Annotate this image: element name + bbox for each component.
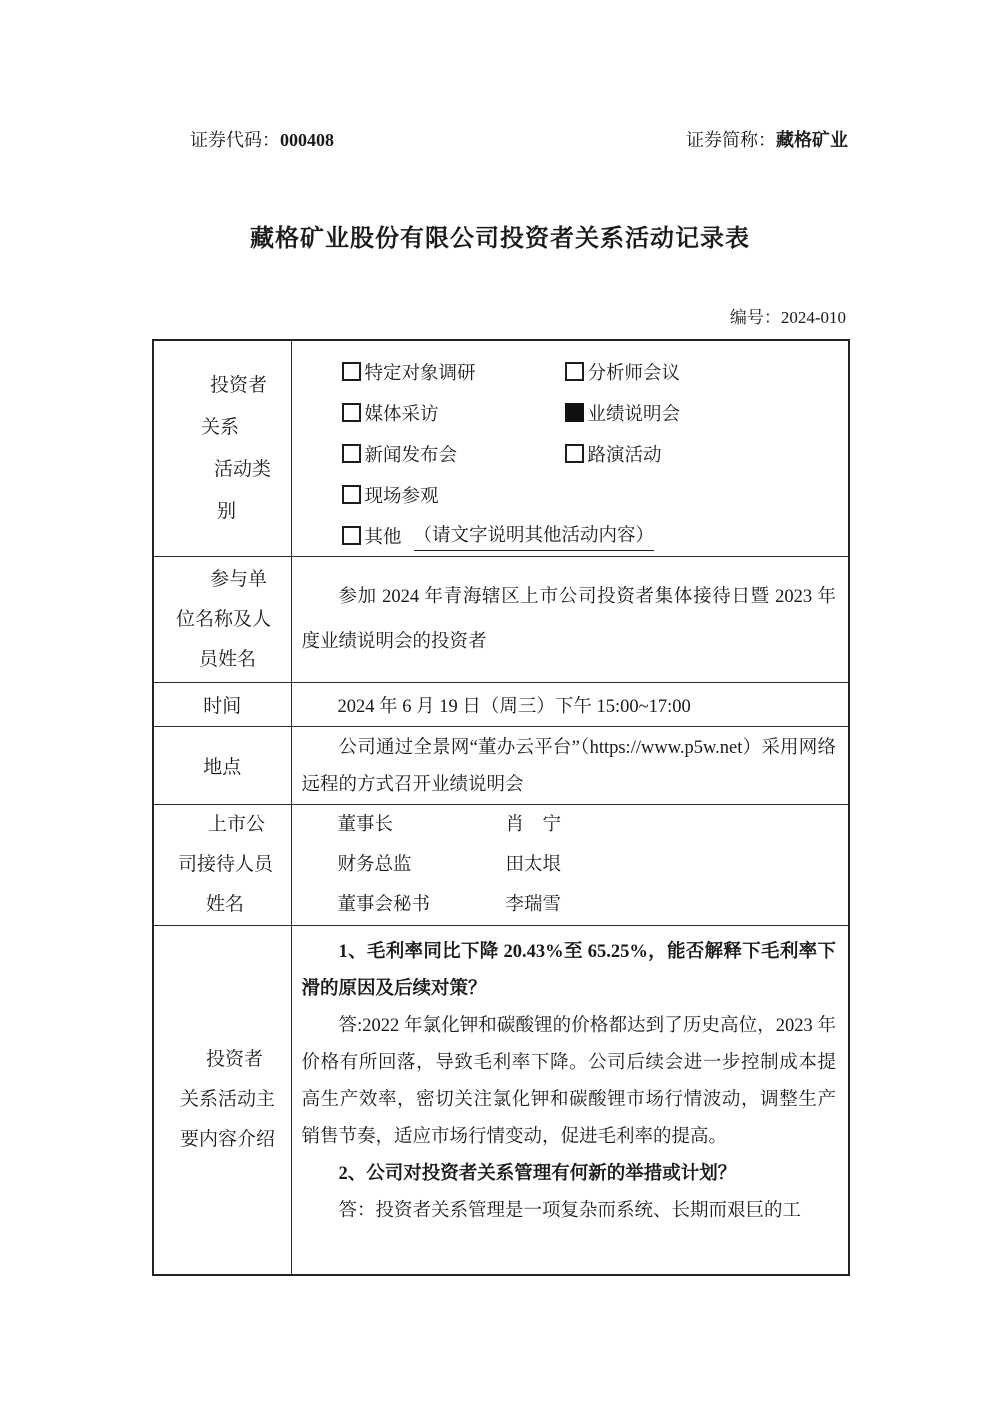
activity-type-row: 投资者 关系 活动类 别 特定对象调研 分析师会议 媒体采访 业绩说明会 [153,340,849,557]
stock-code-label: 证券代码： [190,130,280,150]
option-label: 新闻发布会 [365,441,458,467]
option-label: 特定对象调研 [365,359,476,385]
hosts-content: 董事长肖 宁 财务总监田太垠 董事会秘书李瑞雪 [291,805,849,926]
stock-code: 证券代码：000408 [190,128,334,152]
label-line: 员姓名 [154,640,291,680]
checkbox-line: 新闻发布会 路演活动 [342,433,849,474]
record-table: 投资者 关系 活动类 别 特定对象调研 分析师会议 媒体采访 业绩说明会 [152,339,850,1276]
label-line: 投资者 [154,1040,291,1080]
checkbox-option-press-conference[interactable]: 新闻发布会 [342,441,565,467]
checkbox-icon[interactable] [342,403,361,422]
location-content: 公司通过全景网“董办云平台”（https://www.p5w.net）采用网络远… [291,727,849,805]
participants-row: 参与单 位名称及人 员姓名 参加 2024 年青海辖区上市公司投资者集体接待日暨… [153,557,849,683]
participants-label: 参与单 位名称及人 员姓名 [153,557,291,683]
option-label: 分析师会议 [588,359,681,385]
time-content: 2024 年 6 月 19 日（周三）下午 15:00~17:00 [291,683,849,727]
location-row: 地点 公司通过全景网“董办云平台”（https://www.p5w.net）采用… [153,727,849,805]
host-role: 董事会秘书 [338,885,506,925]
host-name: 肖 宁 [506,815,562,835]
document-title: 藏格矿业股份有限公司投资者关系活动记录表 [152,218,848,253]
host-role: 财务总监 [338,845,506,885]
option-label: 现场参观 [365,482,439,508]
activity-type-options: 特定对象调研 分析师会议 媒体采访 业绩说明会 新闻发布会 路演活动 现场参 [291,340,849,557]
stock-abbr-label: 证券简称： [686,130,776,150]
participants-content: 参加 2024 年青海辖区上市公司投资者集体接待日暨 2023 年度业绩说明会的… [291,557,849,683]
host-row: 董事会秘书李瑞雪 [338,885,849,925]
question-1: 1、毛利率同比下降 20.43%至 65.25%，能否解释下毛利率下滑的原因及后… [302,934,837,1008]
host-name: 田太垠 [506,855,562,875]
time-row: 时间 2024 年 6 月 19 日（周三）下午 15:00~17:00 [153,683,849,727]
activity-type-label: 投资者 关系 活动类 别 [153,340,291,557]
option-label: 媒体采访 [365,400,439,426]
option-label: 其他 [365,523,402,549]
checkbox-icon[interactable] [342,444,361,463]
document-page: 证券代码：000408 证券简称：藏格矿业 藏格矿业股份有限公司投资者关系活动记… [0,0,1000,1414]
doc-number-label: 编号： [730,308,781,327]
checkbox-icon[interactable] [342,485,361,504]
host-role: 董事长 [338,805,506,845]
checkbox-option-earnings-briefing[interactable]: 业绩说明会 [565,400,681,426]
option-label: 路演活动 [588,441,662,467]
checkbox-line: 其他 （请文字说明其他活动内容） [342,515,849,556]
label-line: 关系 [154,407,291,449]
stock-abbr: 证券简称：藏格矿业 [686,128,848,152]
checkbox-option-special-object-research[interactable]: 特定对象调研 [342,359,565,385]
stock-code-value: 000408 [280,130,334,150]
other-note-underline: （请文字说明其他活动内容） [414,521,655,551]
checkbox-icon[interactable] [342,362,361,381]
checkbox-icon[interactable] [565,362,584,381]
header-row: 证券代码：000408 证券简称：藏格矿业 [152,128,848,152]
option-label: 业绩说明会 [588,400,681,426]
participants-text: 参加 2024 年青海辖区上市公司投资者集体接待日暨 2023 年度业绩说明会的… [302,575,837,665]
checkbox-checked-icon[interactable] [565,403,584,422]
checkbox-icon[interactable] [342,526,361,545]
hosts-label: 上市公 司接待人员 姓名 [153,805,291,926]
qa-row: 投资者 关系活动主 要内容介绍 1、毛利率同比下降 20.43%至 65.25%… [153,926,849,1275]
location-text: 公司通过全景网“董办云平台”（https://www.p5w.net）采用网络远… [302,730,837,804]
qa-content: 1、毛利率同比下降 20.43%至 65.25%，能否解释下毛利率下滑的原因及后… [291,926,849,1275]
checkbox-line: 特定对象调研 分析师会议 [342,351,849,392]
label-line: 上市公 [154,805,291,845]
doc-number: 编号：2024-010 [152,303,848,328]
checkbox-line: 现场参观 [342,474,849,515]
label-line: 别 [154,491,291,533]
label-line: 司接待人员 [154,845,291,885]
checkbox-option-roadshow[interactable]: 路演活动 [565,441,662,467]
location-label: 地点 [153,727,291,805]
host-name: 李瑞雪 [506,895,562,915]
host-row: 董事长肖 宁 [338,805,849,845]
time-label: 时间 [153,683,291,727]
label-line: 关系活动主 [154,1080,291,1120]
qa-label: 投资者 关系活动主 要内容介绍 [153,926,291,1275]
doc-number-value: 2024-010 [781,308,846,327]
answer-2: 答：投资者关系管理是一项复杂而系统、长期而艰巨的工 [302,1193,837,1230]
label-line: 参与单 [154,560,291,600]
checkbox-option-analyst-meeting[interactable]: 分析师会议 [565,359,681,385]
question-2: 2、公司对投资者关系管理有何新的举措或计划？ [302,1156,837,1193]
label-line: 活动类 [154,449,291,491]
answer-1: 答:2022 年氯化钾和碳酸锂的价格都达到了历史高位，2023 年价格有所回落，… [302,1008,837,1156]
checkbox-area: 特定对象调研 分析师会议 媒体采访 业绩说明会 新闻发布会 路演活动 现场参 [292,341,849,556]
document-content: 证券代码：000408 证券简称：藏格矿业 藏格矿业股份有限公司投资者关系活动记… [0,0,1000,1276]
host-row: 财务总监田太垠 [338,845,849,885]
checkbox-line: 媒体采访 业绩说明会 [342,392,849,433]
label-line: 位名称及人 [154,600,291,640]
checkbox-option-media-interview[interactable]: 媒体采访 [342,400,565,426]
stock-abbr-value: 藏格矿业 [776,130,848,150]
label-line: 投资者 [154,365,291,407]
label-line: 姓名 [154,885,291,925]
checkbox-icon[interactable] [565,444,584,463]
checkbox-option-other[interactable]: 其他 [342,523,402,549]
label-line: 要内容介绍 [154,1120,291,1160]
hosts-row: 上市公 司接待人员 姓名 董事长肖 宁 财务总监田太垠 董事会秘书李瑞雪 [153,805,849,926]
checkbox-option-site-visit[interactable]: 现场参观 [342,482,439,508]
